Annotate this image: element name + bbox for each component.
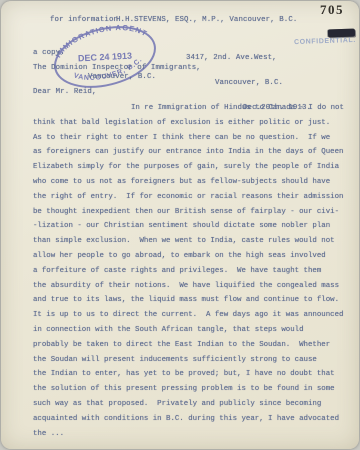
salutation: Dear Mr. Reid, [33, 88, 97, 96]
copy-note: a copy. [33, 49, 65, 57]
body-line: the solution of this present pressing pr… [33, 382, 355, 397]
body-line: As to their right to enter I think there… [33, 131, 355, 146]
body-line: -lization - our Christian sentiment shou… [33, 219, 355, 234]
body-line: allow her people to go abroad, to embark… [33, 249, 355, 264]
body-line: the absurdity of their notions. We have … [33, 279, 355, 294]
body-line: the ... [33, 427, 355, 442]
sender-city: Vancouver, B.C. [186, 79, 311, 88]
folio-number: 705 [320, 2, 344, 18]
body-line: the right of entry. If for economic or r… [33, 190, 355, 205]
body-line: and true to its laws, the liquid mass mu… [33, 293, 355, 308]
sender-street: 3417, 2nd. Ave.West, [186, 54, 311, 63]
body-line: as foreigners can justify our entrance i… [33, 145, 355, 160]
letter-body: In re Immigration of Hindus to Canada - … [33, 101, 355, 441]
body-line: acquainted with conditions in B.C. durin… [33, 412, 355, 427]
body-line: the Soudan will present inducements suff… [33, 353, 355, 368]
body-line: be thought inexpedient then our British … [33, 205, 355, 220]
body-line: Elizabeth simply for the purposes of gai… [33, 160, 355, 175]
body-line: a forfeiture of caste rights and privile… [33, 264, 355, 279]
body-line: than simple exclusion. When we went to I… [33, 234, 355, 249]
body-line: such way as that proposed. Privately and… [33, 397, 355, 412]
body-line: who come to us not as foreigners but as … [33, 175, 355, 190]
stamp-date: DEC 24 1913 [78, 51, 132, 64]
body-line: In re Immigration of Hindus to Canada - … [33, 101, 355, 116]
body-line: probably be taken to direct the East Ind… [33, 338, 355, 353]
recipient-line1: The Dominion Inspector of Immigrants, [33, 64, 201, 72]
scanned-letter-page: for information H.H.STEVENS, ESQ., M.P.,… [0, 0, 360, 450]
body-line: think that bald legislation of exclusion… [33, 116, 355, 131]
recipient-line2: Vancouver, B.C. [88, 73, 156, 81]
body-line: It is up to us to direct the current. A … [33, 308, 355, 323]
body-line: the Indian to enter, has yet to be prove… [33, 367, 355, 382]
body-line: in connection with the South African tan… [33, 323, 355, 338]
